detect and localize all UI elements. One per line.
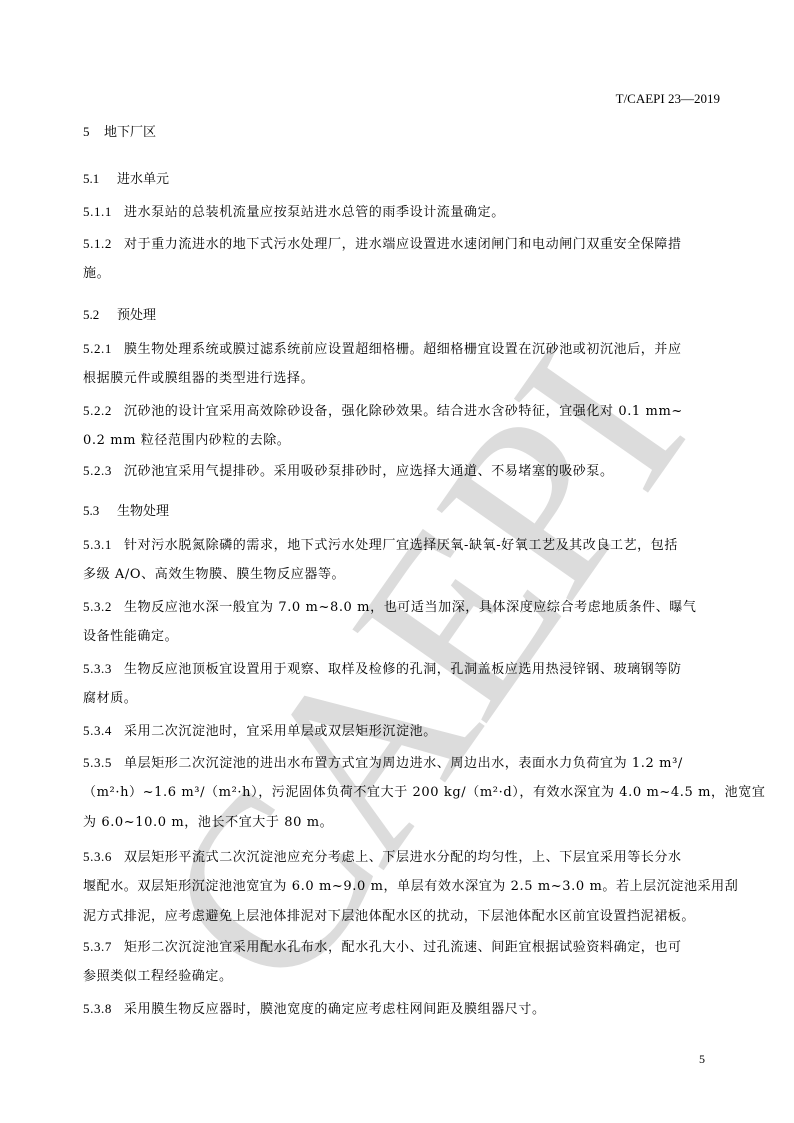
clause-5-3-5-cont2: 为 6.0~10.0 m，池长不宜大于 80 m。: [83, 815, 333, 831]
clause-5-3-6-cont2: 泥方式排泥，应考虑避免上层池体排泥对下层池体配水区的扰动，下层池体配水区前宜设置…: [83, 909, 695, 925]
clause-5-3-5: 5.3.5单层矩形二次沉淀池的进出水布置方式宜为周边进水、周边出水，表面水力负荷…: [83, 755, 683, 772]
clause-5-3-4: 5.3.4采用二次沉淀池时，宜采用单层或双层矩形沉淀池。: [83, 723, 437, 740]
clause-5-3-2-cont: 设备性能确定。: [83, 629, 178, 645]
section-heading-5-3: 5.3生物处理: [83, 503, 169, 520]
clause-5-3-8: 5.3.8采用膜生物反应器时，膜池宽度的确定应考虑柱网间距及膜组器尺寸。: [83, 1001, 546, 1018]
clause-5-3-5-cont1: （m²·h）~1.6 m³/（m²·h），污泥固体负荷不宜大于 200 kg/（…: [83, 785, 765, 801]
clause-5-3-7-cont: 参照类似工程经验确定。: [83, 969, 233, 985]
document-code: T/CAEPI 23—2019: [616, 91, 720, 107]
document-page: CAEPI T/CAEPI 23—2019 5地下厂区 5.1进水单元 5.1.…: [0, 0, 794, 1123]
clause-5-1-1: 5.1.1进水泵站的总装机流量应按泵站进水总管的雨季设计流量确定。: [83, 204, 505, 221]
clause-5-3-2: 5.3.2生物反应池水深一般宜为 7.0 m~8.0 m，也可适当加深，具体深度…: [83, 599, 697, 616]
clause-5-3-3: 5.3.3生物反应池顶板宜设置用于观察、取样及检修的孔洞，孔洞盖板应选用热浸锌钢…: [83, 661, 682, 678]
page-number: 5: [699, 1052, 705, 1067]
chapter-number: 5: [83, 124, 104, 140]
section-heading-5-2: 5.2预处理: [83, 307, 156, 324]
clause-5-1-2-cont: 施。: [83, 266, 110, 282]
clause-5-3-1: 5.3.1针对污水脱氮除磷的需求，地下式污水处理厂宜选择厌氧-缺氧-好氧工艺及其…: [83, 537, 678, 554]
clause-5-3-7: 5.3.7矩形二次沉淀池宜采用配水孔布水，配水孔大小、过孔流速、间距宜根据试验资…: [83, 939, 682, 956]
clause-5-2-3: 5.2.3沉砂池宜采用气提排砂。采用吸砂泵排砂时，应选择大通道、不易堵塞的吸砂泵…: [83, 463, 614, 480]
clause-5-3-1-cont: 多级 A/O、高效生物膜、膜生物反应器等。: [83, 567, 345, 583]
clause-5-2-2-cont: 0.2 mm 粒径范围内砂粒的去除。: [83, 433, 290, 449]
clause-5-3-6-cont1: 堰配水。双层矩形沉淀池池宽宜为 6.0 m~9.0 m，单层有效水深宜为 2.5…: [83, 879, 738, 895]
chapter-title: 地下厂区: [104, 125, 156, 140]
chapter-heading: 5地下厂区: [83, 124, 156, 141]
clause-5-2-2: 5.2.2沉砂池的设计宜采用高效除砂设备，强化除砂效果。结合进水含砂特征，宜强化…: [83, 403, 683, 420]
section-heading-5-1: 5.1进水单元: [83, 171, 169, 188]
clause-5-3-3-cont: 腐材质。: [83, 691, 137, 707]
clause-5-1-2: 5.1.2对于重力流进水的地下式污水处理厂，进水端应设置进水速闭闸门和电动闸门双…: [83, 236, 682, 253]
clause-5-2-1-cont: 根据膜元件或膜组器的类型进行选择。: [83, 371, 314, 387]
clause-5-2-1: 5.2.1膜生物处理系统或膜过滤系统前应设置超细格栅。超细格栅宜设置在沉砂池或初…: [83, 341, 682, 358]
clause-5-3-6: 5.3.6双层矩形平流式二次沉淀池应充分考虑上、下层进水分配的均匀性，上、下层宜…: [83, 849, 682, 866]
